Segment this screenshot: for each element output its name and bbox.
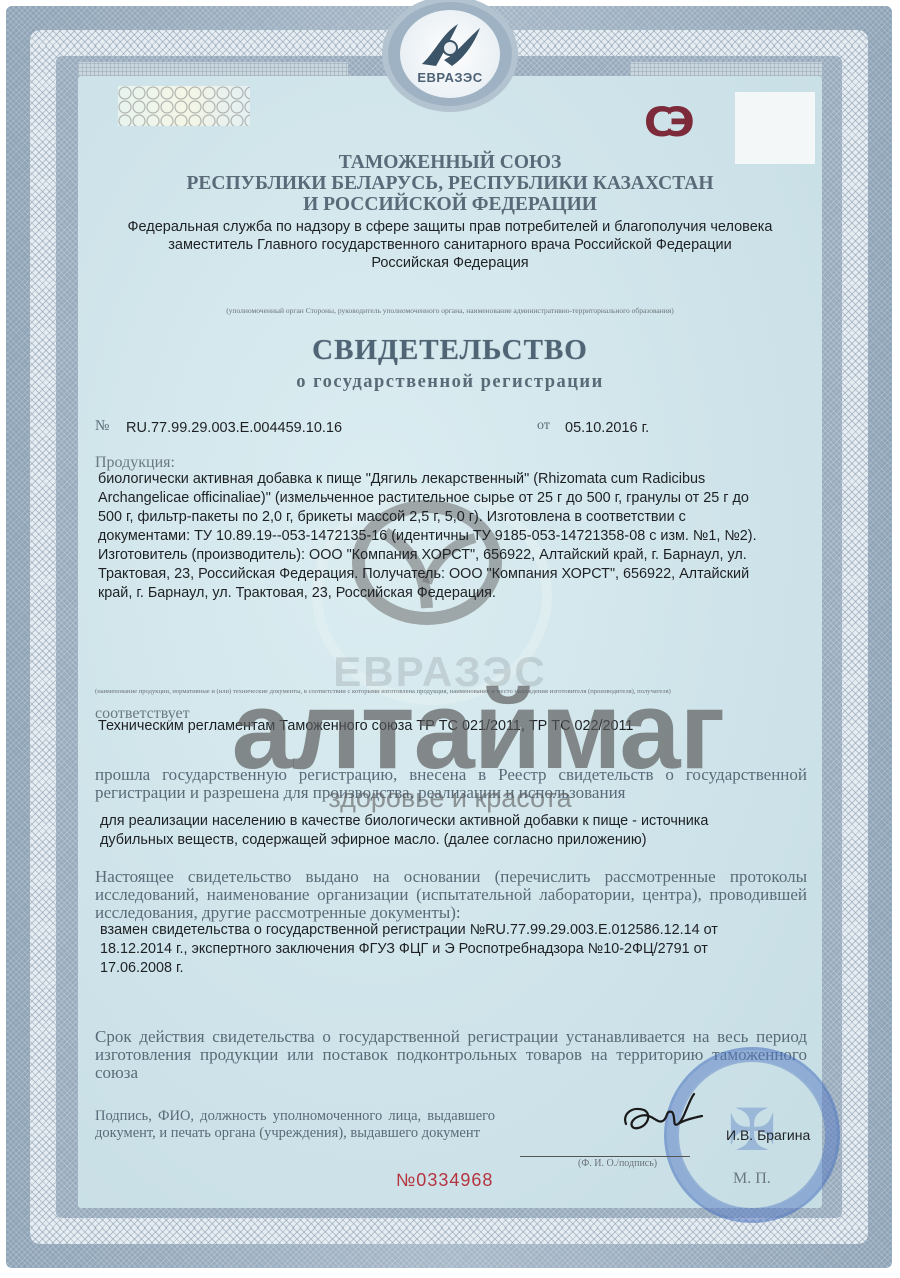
product-line: Archangelicae officinaliae)" (измельченн… <box>98 489 818 508</box>
agency-line: заместитель Главного государственного са… <box>80 236 820 254</box>
date-label: от <box>537 418 550 434</box>
usage-line: дубильных веществ, содержащей эфирное ма… <box>100 831 810 850</box>
document-title: СВИДЕТЕЛЬСТВО <box>80 334 820 367</box>
basis-line: 17.06.2008 г. <box>100 959 810 978</box>
form-serial-number: №0334968 <box>396 1170 493 1191</box>
microprint-strip <box>630 62 822 76</box>
product-line: 500 г, фильтр-пакеты по 2,0 г, брикеты м… <box>98 508 818 527</box>
product-line: Изготовитель (производитель): ООО "Компа… <box>98 546 818 565</box>
product-line: Трактовая, 23, Российская Федерация. Пол… <box>98 565 818 584</box>
basis-line: взамен свидетельства о государственной р… <box>100 921 810 940</box>
issuing-agency: Федеральная служба по надзору в сфере за… <box>80 218 820 272</box>
eurasec-label: ЕВРАЗЭС <box>400 70 500 85</box>
microprint-strip <box>78 62 348 76</box>
union-title-line: И РОССИЙСКОЙ ФЕДЕРАЦИИ <box>80 194 820 215</box>
hologram-icon <box>118 86 250 126</box>
union-title: ТАМОЖЕННЫЙ СОЮЗ РЕСПУБЛИКИ БЕЛАРУСЬ, РЕС… <box>80 152 820 215</box>
seal-label: М. П. <box>733 1170 771 1188</box>
agency-line: Федеральная служба по надзору в сфере за… <box>80 218 820 236</box>
watermark-slogan: здоровье и красота <box>250 783 650 814</box>
document-subtitle: о государственной регистрации <box>80 372 820 393</box>
union-title-line: РЕСПУБЛИКИ БЕЛАРУСЬ, РЕСПУБЛИКИ КАЗАХСТА… <box>80 173 820 194</box>
number-label: № <box>95 418 109 435</box>
medallion-inner: ЕВРАЗЭС <box>400 10 500 98</box>
signature-caption: Подпись, ФИО, должность уполномоченного … <box>95 1108 495 1142</box>
product-line: документами: ТУ 10.89.19--053-1472135-16… <box>98 527 818 546</box>
agency-line: Российская Федерация <box>80 254 820 272</box>
basis-documents: взамен свидетельства о государственной р… <box>100 921 810 978</box>
signature-line <box>520 1156 690 1157</box>
product-line: биологически активная добавка к пище "Дя… <box>98 470 818 489</box>
product-description: биологически активная добавка к пище "Дя… <box>98 470 818 603</box>
handwritten-signature-icon <box>618 1090 708 1142</box>
basis-line: 18.12.2014 г., экспертного заключения ФГ… <box>100 940 810 959</box>
conformity-mark-icon: СЭ <box>644 100 687 146</box>
union-title-line: ТАМОЖЕННЫЙ СОЮЗ <box>80 152 820 173</box>
product-line: край, г. Барнаул, ул. Трактовая, 23, Рос… <box>98 584 818 603</box>
signature-line-hint: (Ф. И. О./подпись) <box>578 1158 657 1169</box>
signer-name: И.В. Брагина <box>726 1127 810 1143</box>
registration-number: RU.77.99.29.003.E.004459.10.16 <box>126 420 342 436</box>
registration-date: 05.10.2016 г. <box>565 420 649 436</box>
eurasec-medallion: ЕВРАЗЭС <box>388 2 512 106</box>
usage-text: для реализации населению в качестве биол… <box>100 812 810 850</box>
basis-statement: Настоящее свидетельство выдано на основа… <box>95 868 807 922</box>
usage-line: для реализации населению в качестве биол… <box>100 812 810 831</box>
agency-caption: (уполномоченный орган Стороны, руководит… <box>80 306 820 315</box>
eurasec-logo-icon <box>400 14 500 74</box>
